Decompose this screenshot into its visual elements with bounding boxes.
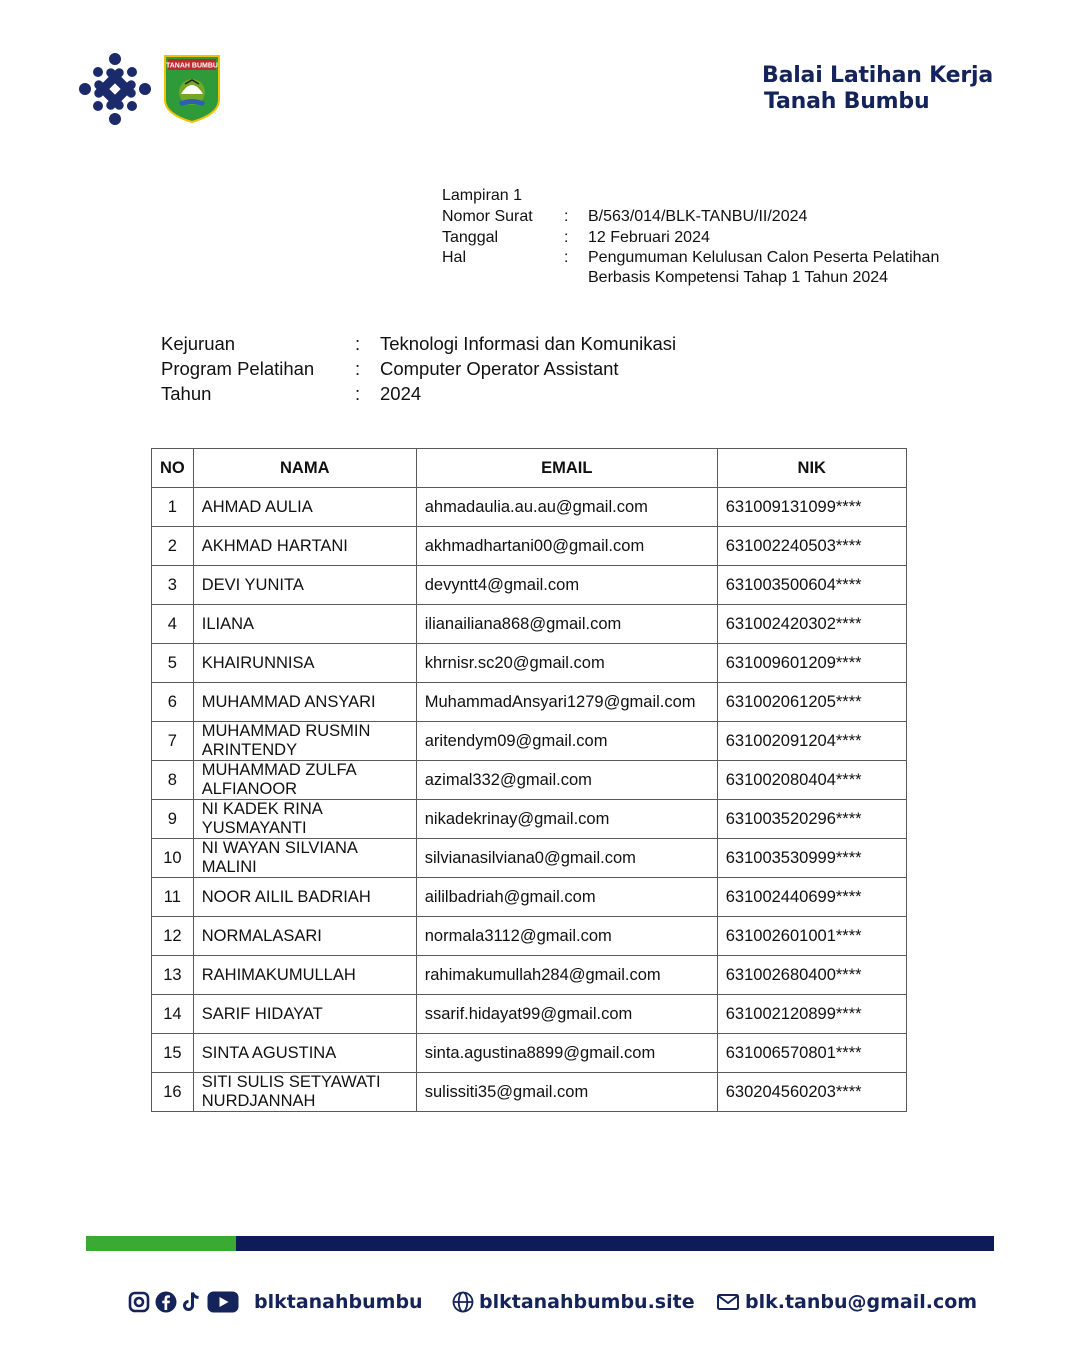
bar-navy-segment bbox=[236, 1236, 994, 1251]
tanah-bumbu-emblem: TANAH BUMBU bbox=[163, 54, 221, 124]
participant-nik: 631003500604**** bbox=[717, 566, 906, 605]
participant-nik: 631002080404**** bbox=[717, 761, 906, 800]
col-email: EMAIL bbox=[416, 449, 717, 488]
participant-nik: 631002440699**** bbox=[717, 878, 906, 917]
participant-email: ahmadaulia.au.au@gmail.com bbox=[416, 488, 717, 527]
letter-metadata: Lampiran 1 Nomor Surat : B/563/014/BLK-T… bbox=[442, 185, 988, 288]
row-number: 4 bbox=[152, 605, 194, 644]
participant-name: ILIANA bbox=[193, 605, 416, 644]
attachment-label: Lampiran 1 bbox=[442, 185, 522, 206]
row-number: 2 bbox=[152, 527, 194, 566]
participant-nik: 631003530999**** bbox=[717, 839, 906, 878]
participant-nik: 631009601209**** bbox=[717, 644, 906, 683]
row-number: 12 bbox=[152, 917, 194, 956]
table-row: 7MUHAMMAD RUSMIN ARINTENDYaritendym09@gm… bbox=[152, 722, 907, 761]
institution-name: Balai Latihan Kerja Tanah Bumbu bbox=[762, 63, 993, 115]
participants-table: NO NAMA EMAIL NIK 1AHMAD AULIAahmadaulia… bbox=[151, 448, 907, 1112]
info-row-tahun: Tahun : 2024 bbox=[161, 381, 676, 406]
participant-name: AKHMAD HARTANI bbox=[193, 527, 416, 566]
row-number: 9 bbox=[152, 800, 194, 839]
info-row-program: Program Pelatihan : Computer Operator As… bbox=[161, 356, 676, 381]
row-number: 11 bbox=[152, 878, 194, 917]
participant-email: MuhammadAnsyari1279@gmail.com bbox=[416, 683, 717, 722]
table-row: 12NORMALASARInormala3112@gmail.com631002… bbox=[152, 917, 907, 956]
participant-nik: 631002680400**** bbox=[717, 956, 906, 995]
meta-row-tanggal: Tanggal : 12 Februari 2024 bbox=[442, 227, 988, 248]
website-text[interactable]: blktanahbumbu.site bbox=[479, 1291, 695, 1313]
row-number: 8 bbox=[152, 761, 194, 800]
participant-email: aililbadriah@gmail.com bbox=[416, 878, 717, 917]
table-row: 2AKHMAD HARTANIakhmadhartani00@gmail.com… bbox=[152, 527, 907, 566]
brand-line-2: Tanah Bumbu bbox=[762, 89, 993, 115]
table-row: 5KHAIRUNNISAkhrnisr.sc20@gmail.com631009… bbox=[152, 644, 907, 683]
row-number: 6 bbox=[152, 683, 194, 722]
brand-line-1: Balai Latihan Kerja bbox=[762, 63, 993, 89]
participant-nik: 631003520296**** bbox=[717, 800, 906, 839]
website-link[interactable]: blktanahbumbu.site bbox=[452, 1288, 695, 1316]
bar-green-segment bbox=[86, 1236, 236, 1251]
table-row: 4ILIANAilianailiana868@gmail.com63100242… bbox=[152, 605, 907, 644]
meta-row-nomor-surat: Nomor Surat : B/563/014/BLK-TANBU/II/202… bbox=[442, 206, 988, 227]
participant-nik: 631002240503**** bbox=[717, 527, 906, 566]
row-number: 14 bbox=[152, 995, 194, 1034]
social-links: blktanahbumbu bbox=[128, 1288, 423, 1316]
info-row-kejuruan: Kejuruan : Teknologi Informasi dan Komun… bbox=[161, 331, 676, 356]
row-number: 5 bbox=[152, 644, 194, 683]
table-row: 8MUHAMMAD ZULFA ALFIANOORazimal332@gmail… bbox=[152, 761, 907, 800]
participant-name: NORMALASARI bbox=[193, 917, 416, 956]
row-number: 10 bbox=[152, 839, 194, 878]
participant-name: SINTA AGUSTINA bbox=[193, 1034, 416, 1073]
participant-name: NOOR AILIL BADRIAH bbox=[193, 878, 416, 917]
participant-email: devyntt4@gmail.com bbox=[416, 566, 717, 605]
row-number: 15 bbox=[152, 1034, 194, 1073]
participant-email: azimal332@gmail.com bbox=[416, 761, 717, 800]
participant-nik: 631002120899**** bbox=[717, 995, 906, 1034]
participant-email: ssarif.hidayat99@gmail.com bbox=[416, 995, 717, 1034]
program-info: Kejuruan : Teknologi Informasi dan Komun… bbox=[161, 331, 676, 406]
email-text[interactable]: blk.tanbu@gmail.com bbox=[745, 1291, 977, 1313]
participant-email: aritendym09@gmail.com bbox=[416, 722, 717, 761]
table-row: 16SITI SULIS SETYAWATI NURDJANNAHsulissi… bbox=[152, 1073, 907, 1112]
participant-name: RAHIMAKUMULLAH bbox=[193, 956, 416, 995]
participant-name: DEVI YUNITA bbox=[193, 566, 416, 605]
participant-email: normala3112@gmail.com bbox=[416, 917, 717, 956]
participant-nik: 631002061205**** bbox=[717, 683, 906, 722]
instagram-icon[interactable] bbox=[128, 1291, 150, 1313]
participant-email: sinta.agustina8899@gmail.com bbox=[416, 1034, 717, 1073]
table-row: 11NOOR AILIL BADRIAHaililbadriah@gmail.c… bbox=[152, 878, 907, 917]
participant-nik: 631002091204**** bbox=[717, 722, 906, 761]
globe-icon bbox=[452, 1291, 474, 1313]
participant-name: MUHAMMAD ZULFA ALFIANOOR bbox=[193, 761, 416, 800]
row-number: 7 bbox=[152, 722, 194, 761]
participant-nik: 631006570801**** bbox=[717, 1034, 906, 1073]
participant-name: NI WAYAN SILVIANA MALINI bbox=[193, 839, 416, 878]
row-number: 3 bbox=[152, 566, 194, 605]
row-number: 1 bbox=[152, 488, 194, 527]
participant-email: ilianailiana868@gmail.com bbox=[416, 605, 717, 644]
social-handle[interactable]: blktanahbumbu bbox=[254, 1291, 423, 1313]
participant-nik: 631009131099**** bbox=[717, 488, 906, 527]
participant-email: rahimakumullah284@gmail.com bbox=[416, 956, 717, 995]
participant-name: MUHAMMAD RUSMIN ARINTENDY bbox=[193, 722, 416, 761]
mail-icon bbox=[716, 1292, 740, 1312]
col-no: NO bbox=[152, 449, 194, 488]
participant-name: NI KADEK RINA YUSMAYANTI bbox=[193, 800, 416, 839]
participant-name: SARIF HIDAYAT bbox=[193, 995, 416, 1034]
table-row: 3DEVI YUNITAdevyntt4@gmail.com6310035006… bbox=[152, 566, 907, 605]
table-row: 15SINTA AGUSTINAsinta.agustina8899@gmail… bbox=[152, 1034, 907, 1073]
table-row: 9NI KADEK RINA YUSMAYANTInikadekrinay@gm… bbox=[152, 800, 907, 839]
participant-email: khrnisr.sc20@gmail.com bbox=[416, 644, 717, 683]
table-row: 6MUHAMMAD ANSYARIMuhammadAnsyari1279@gma… bbox=[152, 683, 907, 722]
participant-email: silvianasilviana0@gmail.com bbox=[416, 839, 717, 878]
footer-divider-bar bbox=[86, 1236, 994, 1251]
participant-email: akhmadhartani00@gmail.com bbox=[416, 527, 717, 566]
participant-name: MUHAMMAD ANSYARI bbox=[193, 683, 416, 722]
participant-nik: 630204560203**** bbox=[717, 1073, 906, 1112]
participant-email: nikadekrinay@gmail.com bbox=[416, 800, 717, 839]
col-nik: NIK bbox=[717, 449, 906, 488]
table-header-row: NO NAMA EMAIL NIK bbox=[152, 449, 907, 488]
meta-row-hal: Hal : Pengumuman Kelulusan Calon Peserta… bbox=[442, 248, 988, 288]
row-number: 16 bbox=[152, 1073, 194, 1112]
footer-contacts: blktanahbumbu blktanahbumbu.site blk.tan… bbox=[0, 1288, 1080, 1316]
youtube-icon[interactable] bbox=[207, 1291, 239, 1313]
email-link[interactable]: blk.tanbu@gmail.com bbox=[716, 1288, 977, 1316]
participant-name: SITI SULIS SETYAWATI NURDJANNAH bbox=[193, 1073, 416, 1112]
participant-nik: 631002420302**** bbox=[717, 605, 906, 644]
table-row: 10NI WAYAN SILVIANA MALINIsilvianasilvia… bbox=[152, 839, 907, 878]
table-row: 13RAHIMAKUMULLAHrahimakumullah284@gmail.… bbox=[152, 956, 907, 995]
participant-name: AHMAD AULIA bbox=[193, 488, 416, 527]
participant-email: sulissiti35@gmail.com bbox=[416, 1073, 717, 1112]
participant-nik: 631002601001**** bbox=[717, 917, 906, 956]
kemnaker-logo bbox=[78, 52, 152, 126]
table-row: 14SARIF HIDAYATssarif.hidayat99@gmail.co… bbox=[152, 995, 907, 1034]
row-number: 13 bbox=[152, 956, 194, 995]
table-row: 1AHMAD AULIAahmadaulia.au.au@gmail.com63… bbox=[152, 488, 907, 527]
facebook-icon[interactable] bbox=[155, 1291, 177, 1313]
participant-name: KHAIRUNNISA bbox=[193, 644, 416, 683]
col-nama: NAMA bbox=[193, 449, 416, 488]
tiktok-icon[interactable] bbox=[182, 1291, 202, 1313]
svg-text:TANAH BUMBU: TANAH BUMBU bbox=[166, 63, 218, 70]
